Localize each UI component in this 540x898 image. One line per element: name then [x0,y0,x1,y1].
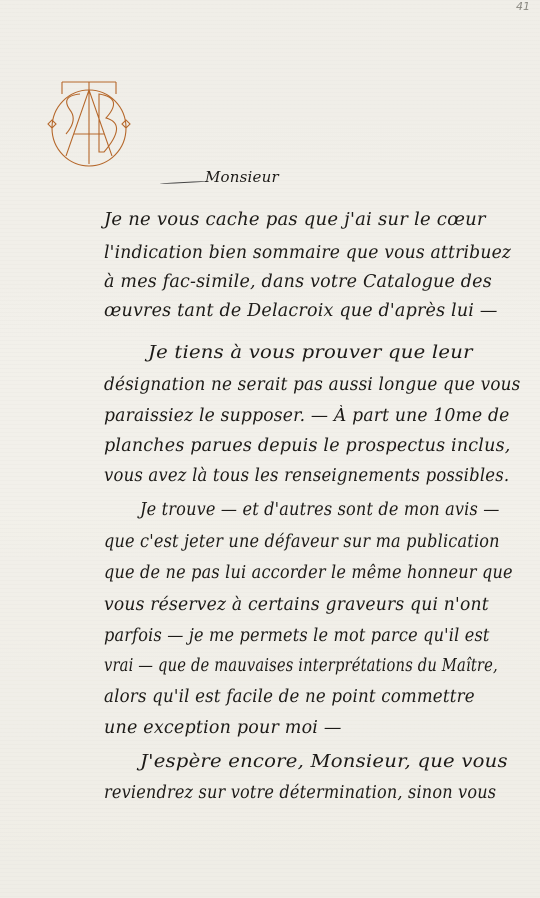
text-line: une exception pour moi — [104,718,342,738]
text-line: J'espère encore, Monsieur, que vous [140,752,508,772]
text-line: Je trouve — et d'autres sont de mon avis… [140,500,500,520]
text-line: reviendrez sur votre détermination, sino… [104,783,496,803]
text-line: vous réservez à certains graveurs qui n'… [104,595,489,615]
letter-page: 41 Monsieur Je ne vous cache pas que j'a… [0,0,540,898]
text-line: désignation ne serait pas aussi longue q… [104,375,520,395]
folio-number: 41 [516,0,530,13]
text-line: planches parues depuis le prospectus inc… [104,436,511,456]
text-line: vous avez là tous les renseignements pos… [104,466,509,486]
text-line: Je tiens à vous prouver que leur [148,343,473,363]
text-line: l'indication bien sommaire que vous attr… [104,243,511,263]
text-line: œuvres tant de Delacroix que d'après lui… [104,301,498,321]
salutation: Monsieur [205,168,279,186]
monogram-icon [44,76,134,172]
text-line: paraissiez le supposer. — À part une 10m… [104,406,510,426]
text-line: vrai — que de mauvaises interprétations … [104,656,498,676]
text-line: à mes fac-simile, dans votre Catalogue d… [104,272,492,292]
text-line: Je ne vous cache pas que j'ai sur le cœu… [104,210,486,230]
text-line: que c'est jeter une défaveur sur ma publ… [104,532,500,552]
text-line: que de ne pas lui accorder le même honne… [104,563,513,583]
text-line: alors qu'il est facile de ne point comme… [104,687,475,707]
text-line: parfois — je me permets le mot parce qu'… [104,626,490,646]
